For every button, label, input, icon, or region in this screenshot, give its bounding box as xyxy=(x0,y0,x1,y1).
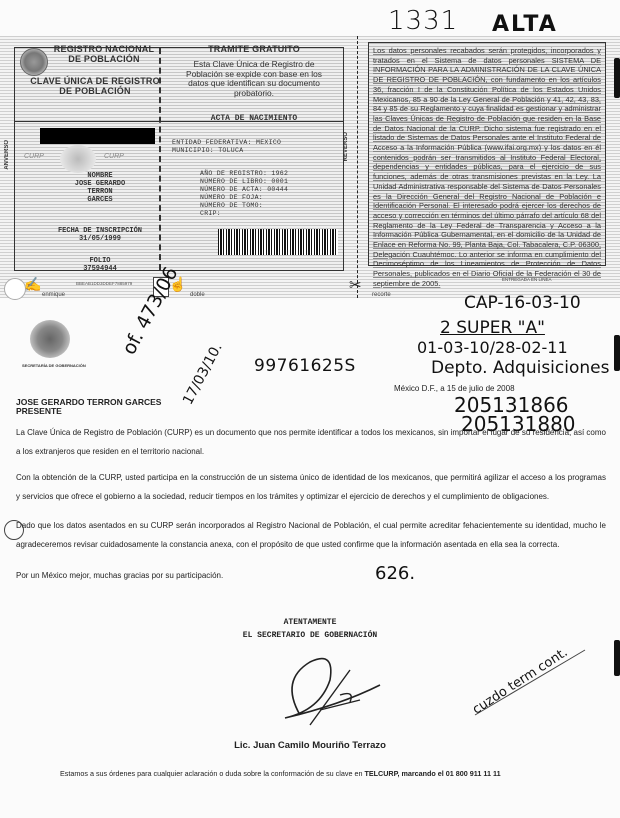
signer-name: Lic. Juan Camilo Mouriño Terrazo xyxy=(200,740,420,751)
signature xyxy=(240,640,410,730)
closing-atentamente: ATENTAMENTE xyxy=(200,618,420,627)
curp-logo-right: CURP xyxy=(104,153,124,160)
place-date: México D.F., a 15 de julio de 2008 xyxy=(394,384,515,393)
tramite-gratuito-title: TRAMITE GRATUITO xyxy=(164,44,344,54)
footer-contact-text: Estamos a sus órdenes para cualquier acl… xyxy=(60,769,364,778)
footer-contact: Estamos a sus órdenes para cualquier acl… xyxy=(60,769,580,778)
folio: FOLIO 37594944 xyxy=(40,257,160,273)
footer-telcurp: TELCURP, marcando el 01 800 911 11 11 xyxy=(364,769,500,778)
scan-edge-mark xyxy=(614,58,620,98)
scan-edge-mark-2 xyxy=(614,335,620,371)
nombre-block: NOMBRE JOSE GERARDO TERRON GARCES xyxy=(40,172,160,204)
instruction-recorte: recorte xyxy=(372,292,391,298)
card-clave-unica-title: CLAVE ÚNICA DE REGISTRO DE POBLACIÓN xyxy=(20,76,170,96)
handwritten-cap: CAP-16-03-10 xyxy=(464,293,581,313)
entidad-federativa: ENTIDAD FEDERATIVA: MEXICO xyxy=(172,139,281,147)
redacted-curp-value xyxy=(40,128,155,144)
seal-caption: SECRETARÍA DE GOBERNACIÓN xyxy=(22,363,86,368)
handwritten-alta: ALTA xyxy=(492,12,558,37)
paragraph-2: Con la obtención de la CURP, usted parti… xyxy=(16,468,606,506)
document-type-acta: ACTA DE NACIMIENTO xyxy=(164,115,344,123)
scan-edge-mark-3 xyxy=(614,640,620,676)
circle-marker-icon xyxy=(4,278,26,300)
handwritten-number-1331: 1331 xyxy=(388,6,458,36)
handwritten-dept: Depto. Adquisiciones xyxy=(431,358,609,378)
handwritten-period: 01-03-10/28-02-11 xyxy=(417,338,568,357)
paragraph-1: La Clave Única de Registro de Población … xyxy=(16,423,606,461)
handwritten-number: 99761625S xyxy=(254,356,356,376)
side-label-anverso: ANVERSO xyxy=(4,140,10,170)
instruction-enmique: enmique xyxy=(42,292,65,298)
handwritten-super: 2 SUPER "A" xyxy=(440,318,545,338)
fecha-inscripcion: FECHA DE INSCRIPCIÓN 31/05/1999 xyxy=(40,227,160,243)
curp-barcode xyxy=(218,229,338,255)
privacy-notice: Los datos personales recabados serán pro… xyxy=(369,43,605,292)
instruction-doble: doble xyxy=(190,292,205,298)
registro-details: AÑO DE REGISTRO: 1962 NÚMERO DE LIBRO: 0… xyxy=(200,170,288,218)
card-header-registro: REGISTRO NACIONAL DE POBLACIÓN xyxy=(48,44,160,64)
side-label-reverso: REVERSO xyxy=(343,132,349,161)
handwritten-date: 17/03/10. xyxy=(180,341,226,408)
scissors-icon: ✂ xyxy=(349,276,362,294)
paragraph-3: Dado que los datos asentados en su CURP … xyxy=(16,516,606,554)
fold-hand-icon: ✍ xyxy=(24,276,41,293)
footer-stamp: ENTREGADA EN LINEA xyxy=(502,277,552,282)
signer-title: EL SECRETARIO DE GOBERNACIÓN xyxy=(200,631,420,640)
presente: PRESENTE xyxy=(16,406,62,416)
curp-card-back: Los datos personales recabados serán pro… xyxy=(368,42,606,266)
curp-logo-left: CURP xyxy=(24,153,44,160)
cut-line xyxy=(357,36,358,298)
tramite-description: Esta Clave Única de Registro de Població… xyxy=(180,60,328,98)
mexico-seal-icon xyxy=(20,48,48,76)
government-seal-icon xyxy=(30,320,70,358)
watermark-seal-icon xyxy=(60,145,96,173)
paragraph-4: Por un México mejor, muchas gracias por … xyxy=(16,566,606,585)
municipio: MUNICIPIO: TOLUCA xyxy=(172,147,243,155)
handwritten-626: 626. xyxy=(375,563,415,584)
footer-code: BBEAB1DD3DDEF7885979 xyxy=(76,281,132,286)
